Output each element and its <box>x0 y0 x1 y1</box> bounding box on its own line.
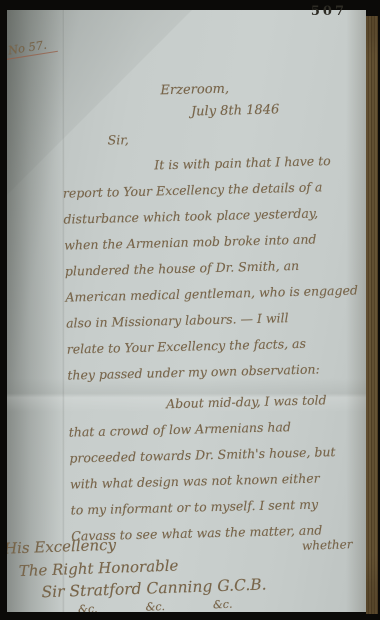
folio-number: 507 <box>311 4 347 19</box>
etcetera-mark: &c. <box>145 600 165 612</box>
manuscript-page: No 57. Erzeroom, July 8th 1846 Sir, It i… <box>7 10 366 612</box>
address-block: His Excellency The Right Honorable Sir S… <box>7 530 267 612</box>
etcetera-mark: &c. <box>213 598 233 612</box>
book-page-edges <box>366 16 378 614</box>
catchword: whether <box>302 537 353 553</box>
scanned-letter-photo: { "page": { "folio_number": "507", "marg… <box>0 0 380 620</box>
letter-body: Erzeroom, July 8th 1846 Sir, It is with … <box>60 78 366 554</box>
etcetera-mark: &c. <box>78 602 98 612</box>
